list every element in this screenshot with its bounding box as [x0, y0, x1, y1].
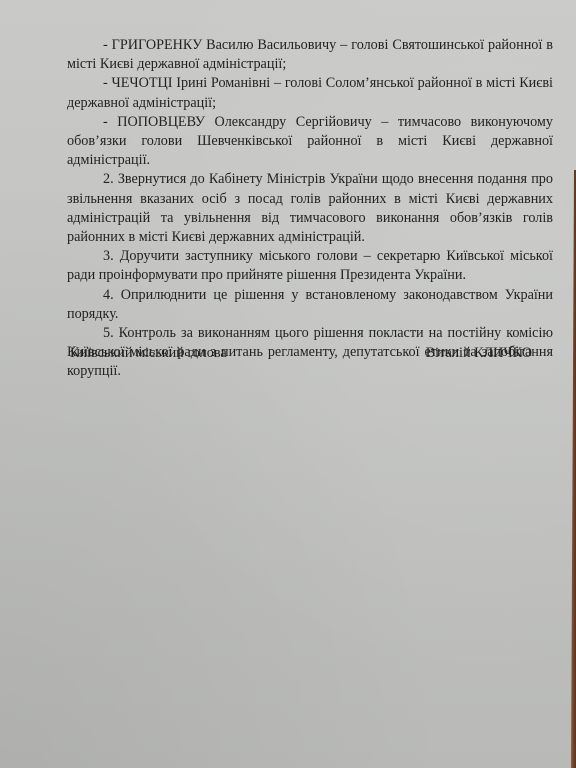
paragraph-item-2: 2. Звернутися до Кабінету Міністрів Укра… — [67, 170, 553, 247]
signature-name: Віталій КЛИЧКО — [426, 345, 532, 362]
signature-title: Київський міський голова — [70, 345, 227, 362]
paragraph-item-3: 3. Доручити заступнику міського голови –… — [67, 247, 553, 285]
paragraph-item-4: 4. Оприлюднити це рішення у встановленом… — [67, 286, 553, 324]
signature-block: Київський міський голова Віталій КЛИЧКО — [70, 345, 532, 362]
table-edge — [571, 170, 576, 768]
paragraph-popovtsev: - ПОПОВЦЕВУ Олександру Сергійовичу – тим… — [67, 113, 553, 171]
document-body: - ГРИГОРЕНКУ Василю Васильовичу – голові… — [67, 36, 553, 382]
paragraph-chechotka: - ЧЕЧОТЦІ Ірині Романівні – голові Солом… — [67, 74, 553, 112]
paragraph-grigorenko: - ГРИГОРЕНКУ Василю Васильовичу – голові… — [67, 36, 553, 74]
